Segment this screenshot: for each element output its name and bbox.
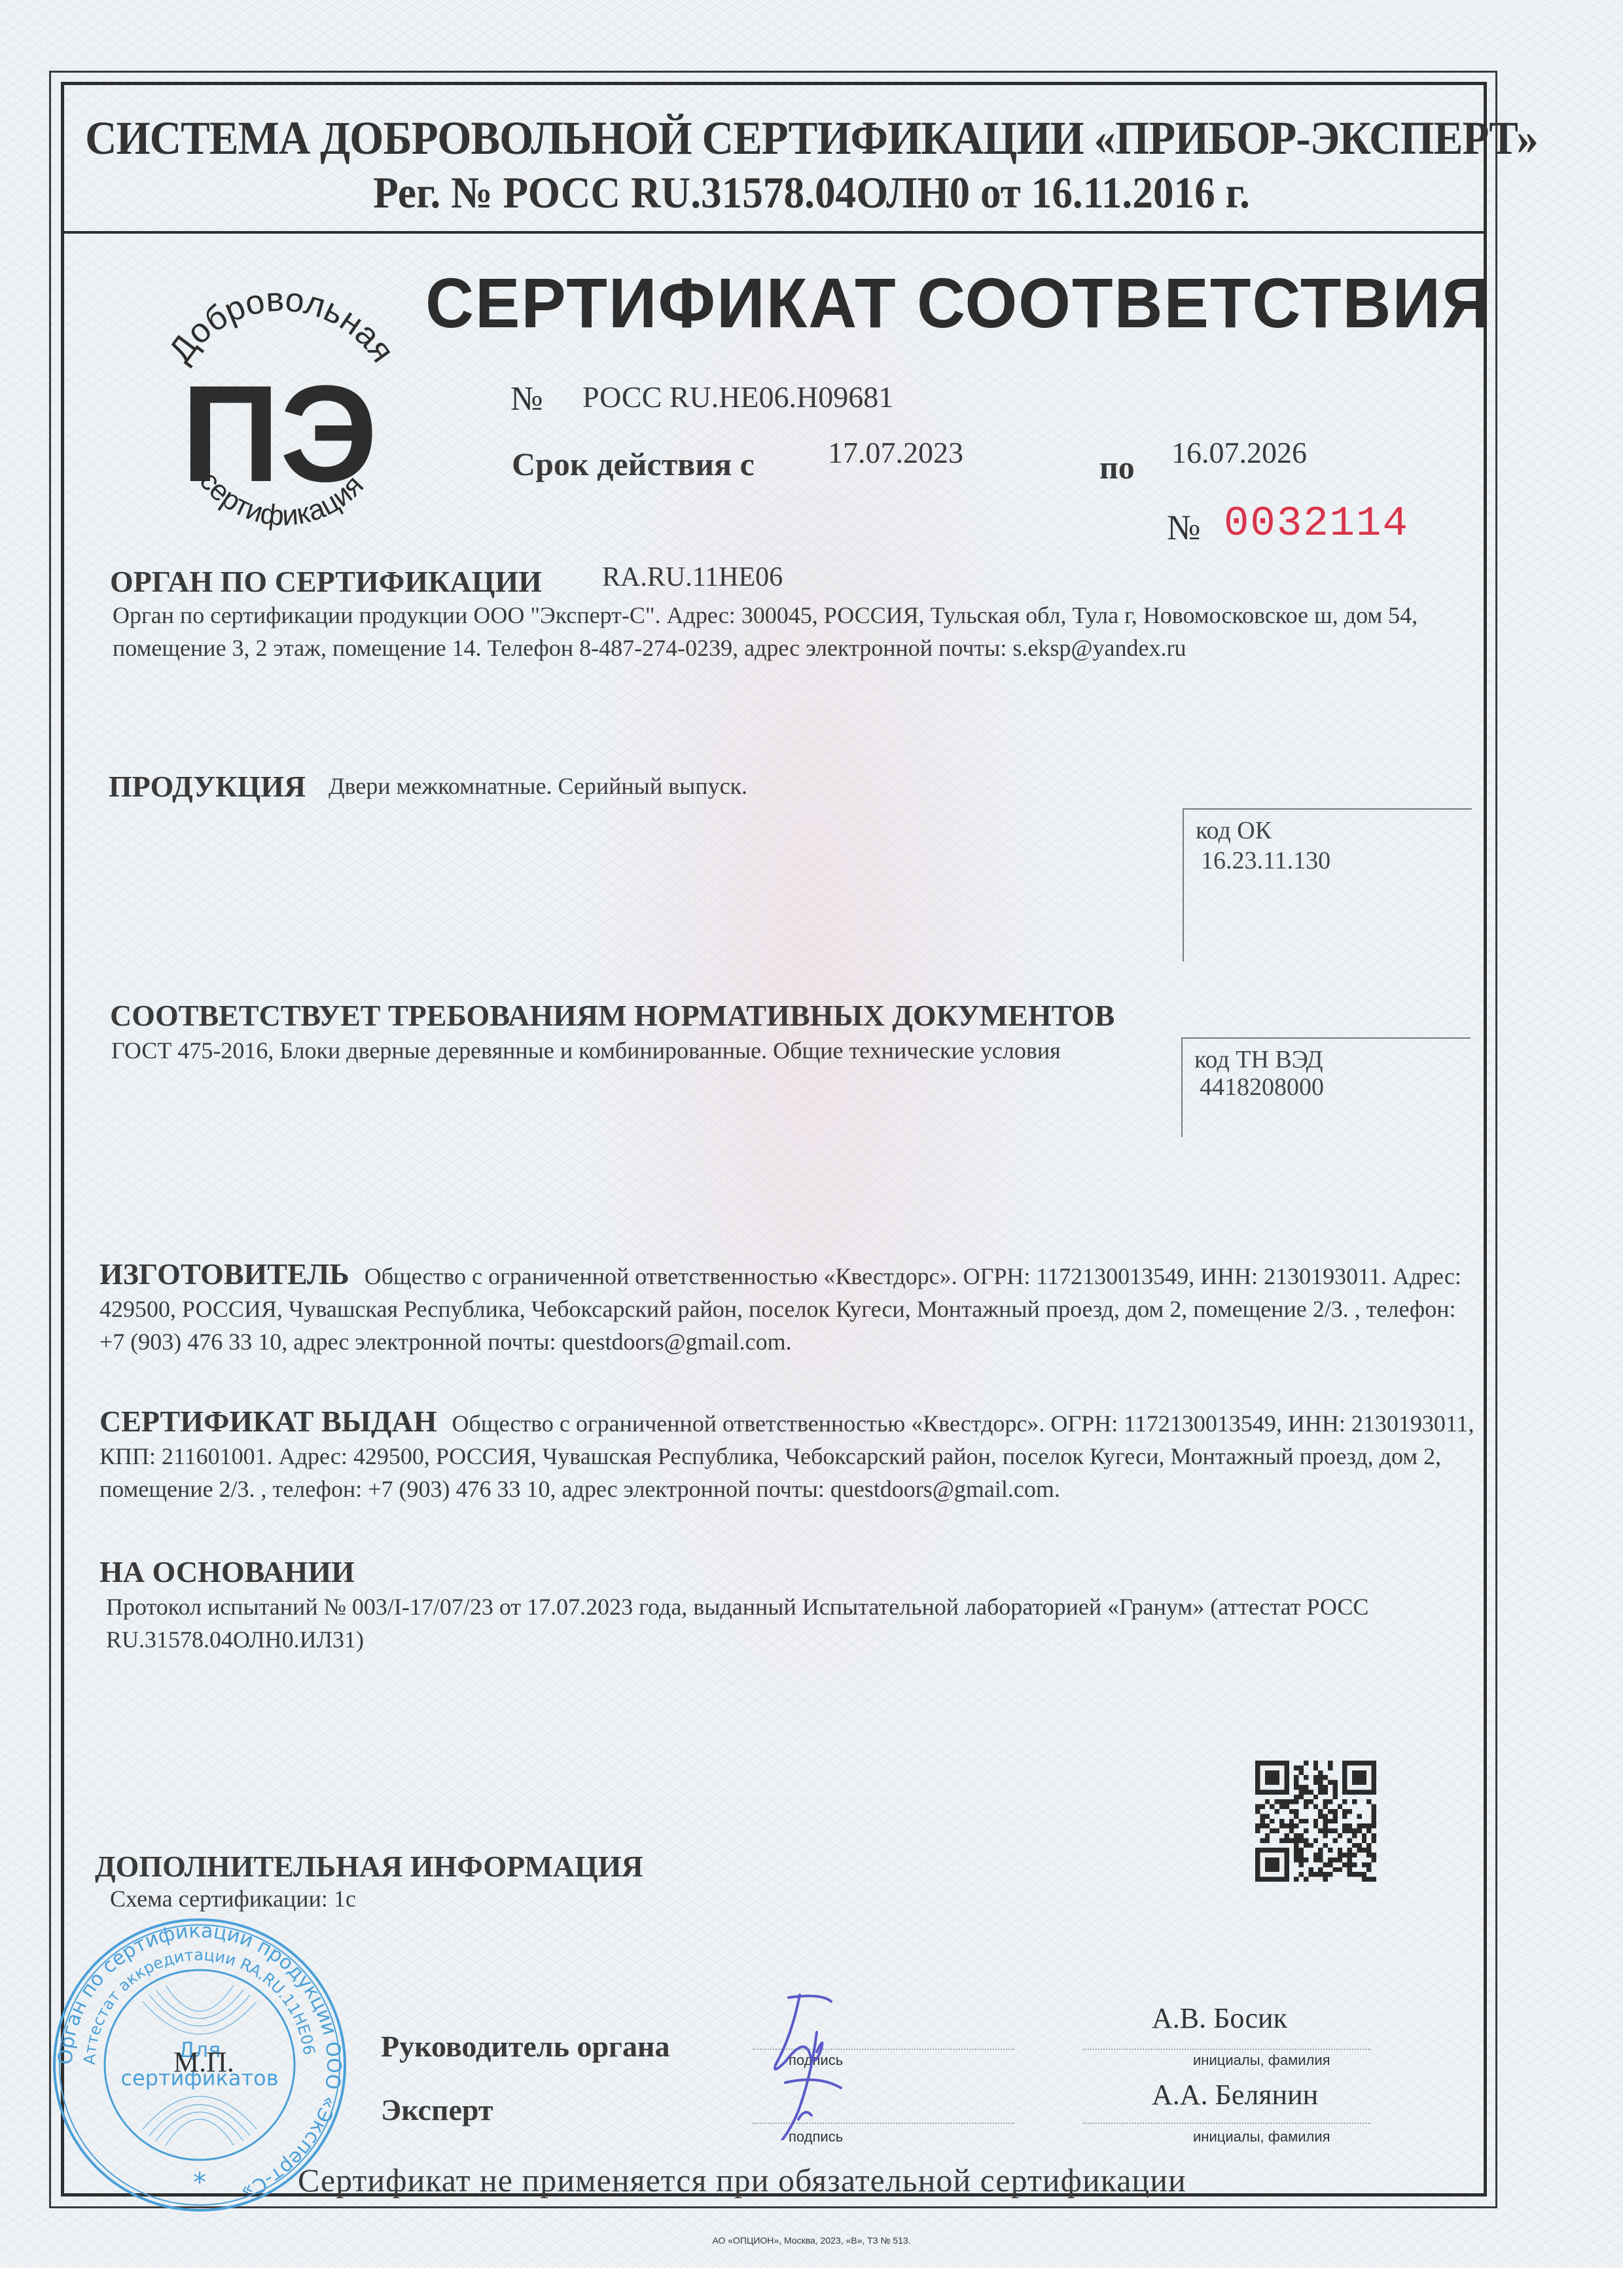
valid-to-label: по [1099, 448, 1135, 486]
head-name-caption: инициалы, фамилия [1193, 2052, 1330, 2069]
valid-to-date: 16.07.2026 [1171, 435, 1307, 470]
conformity-heading: СООТВЕТСТВУЕТ ТРЕБОВАНИЯМ НОРМАТИВНЫХ ДО… [110, 998, 1115, 1033]
certification-body-heading: ОРГАН ПО СЕРТИФИКАЦИИ [110, 564, 542, 599]
svg-text:*: * [193, 2168, 206, 2198]
serial-number-label: № [1167, 507, 1201, 548]
head-name: А.В. Босик [1152, 2001, 1287, 2035]
expert-name: А.А. Белянин [1152, 2078, 1318, 2111]
ok-code-box: код ОК 16.23.11.130 [1183, 808, 1472, 961]
product-heading: ПРОДУКЦИЯ [109, 769, 306, 804]
handwritten-signature-icon [759, 1970, 916, 2140]
expert-name-line [1083, 2123, 1371, 2124]
svg-text:ПЭ: ПЭ [181, 357, 378, 511]
certification-scheme: Схема сертификации: 1с [110, 1885, 356, 1912]
manufacturer-block: ИЗГОТОВИТЕЛЬ Общество с ограниченной отв… [99, 1258, 1480, 1358]
issued-to-heading: СЕРТИФИКАТ ВЫДАН [99, 1405, 437, 1438]
voluntary-certification-logo-icon: Добровольная сертификация ПЭ [134, 272, 422, 547]
expert-name-caption: инициалы, фамилия [1193, 2128, 1330, 2145]
valid-from-date: 17.07.2023 [828, 435, 963, 470]
tnved-code-value: 4418208000 [1200, 1073, 1324, 1102]
ok-code-value: 16.23.11.130 [1201, 846, 1330, 875]
certification-body-code: RA.RU.11HE06 [602, 562, 783, 593]
additional-info-heading: ДОПОЛНИТЕЛЬНАЯ ИНФОРМАЦИЯ [95, 1849, 643, 1884]
certificate-number: РОСС RU.HE06.H09681 [582, 380, 893, 414]
qr-code-icon [1255, 1761, 1376, 1882]
not-mandatory-notice: Сертификат не применяется при обязательн… [298, 2161, 1186, 2199]
certificate-title: СЕРТИФИКАТ СООТВЕТСТВИЯ [425, 262, 1491, 344]
expert-label: Эксперт [381, 2092, 493, 2127]
head-of-body-label: Руководитель органа [381, 2029, 669, 2064]
basis-text: Протокол испытаний № 003/I-17/07/23 от 1… [106, 1590, 1480, 1656]
ok-code-label: код ОК [1196, 816, 1272, 845]
stamp-place-label: М.П. [173, 2045, 234, 2079]
certification-body-text: Орган по сертификации продукции ООО "Экс… [113, 599, 1480, 664]
system-registration: Рег. № РОСС RU.31578.04ОЛН0 от 16.11.201… [57, 167, 1566, 219]
page-margin [0, 2268, 1623, 2296]
serial-number: 0032114 [1224, 501, 1409, 548]
printer-imprint: АО «ОПЦИОН», Москва, 2023, «В», Т3 № 513… [0, 2235, 1623, 2246]
basis-heading: НА ОСНОВАНИИ [99, 1554, 355, 1589]
conformity-text: ГОСТ 475-2016, Блоки дверные деревянные … [111, 1034, 1132, 1067]
manufacturer-heading: ИЗГОТОВИТЕЛЬ [99, 1257, 349, 1291]
system-title: СИСТЕМА ДОБРОВОЛЬНОЙ СЕРТИФИКАЦИИ «ПРИБО… [57, 111, 1566, 166]
head-name-line [1083, 2049, 1371, 2050]
svg-text:Добровольная: Добровольная [162, 281, 402, 370]
tnved-code-label: код ТН ВЭД [1194, 1045, 1323, 1074]
product-text: Двери межкомнатные. Серийный выпуск. [329, 772, 747, 800]
issued-to-block: СЕРТИФИКАТ ВЫДАН Общество с ограниченной… [99, 1405, 1480, 1505]
validity-label: Срок действия с [512, 445, 755, 483]
number-label: № [510, 380, 543, 418]
tnved-code-box: код ТН ВЭД 4418208000 [1181, 1037, 1471, 1137]
header-divider [61, 231, 1487, 234]
